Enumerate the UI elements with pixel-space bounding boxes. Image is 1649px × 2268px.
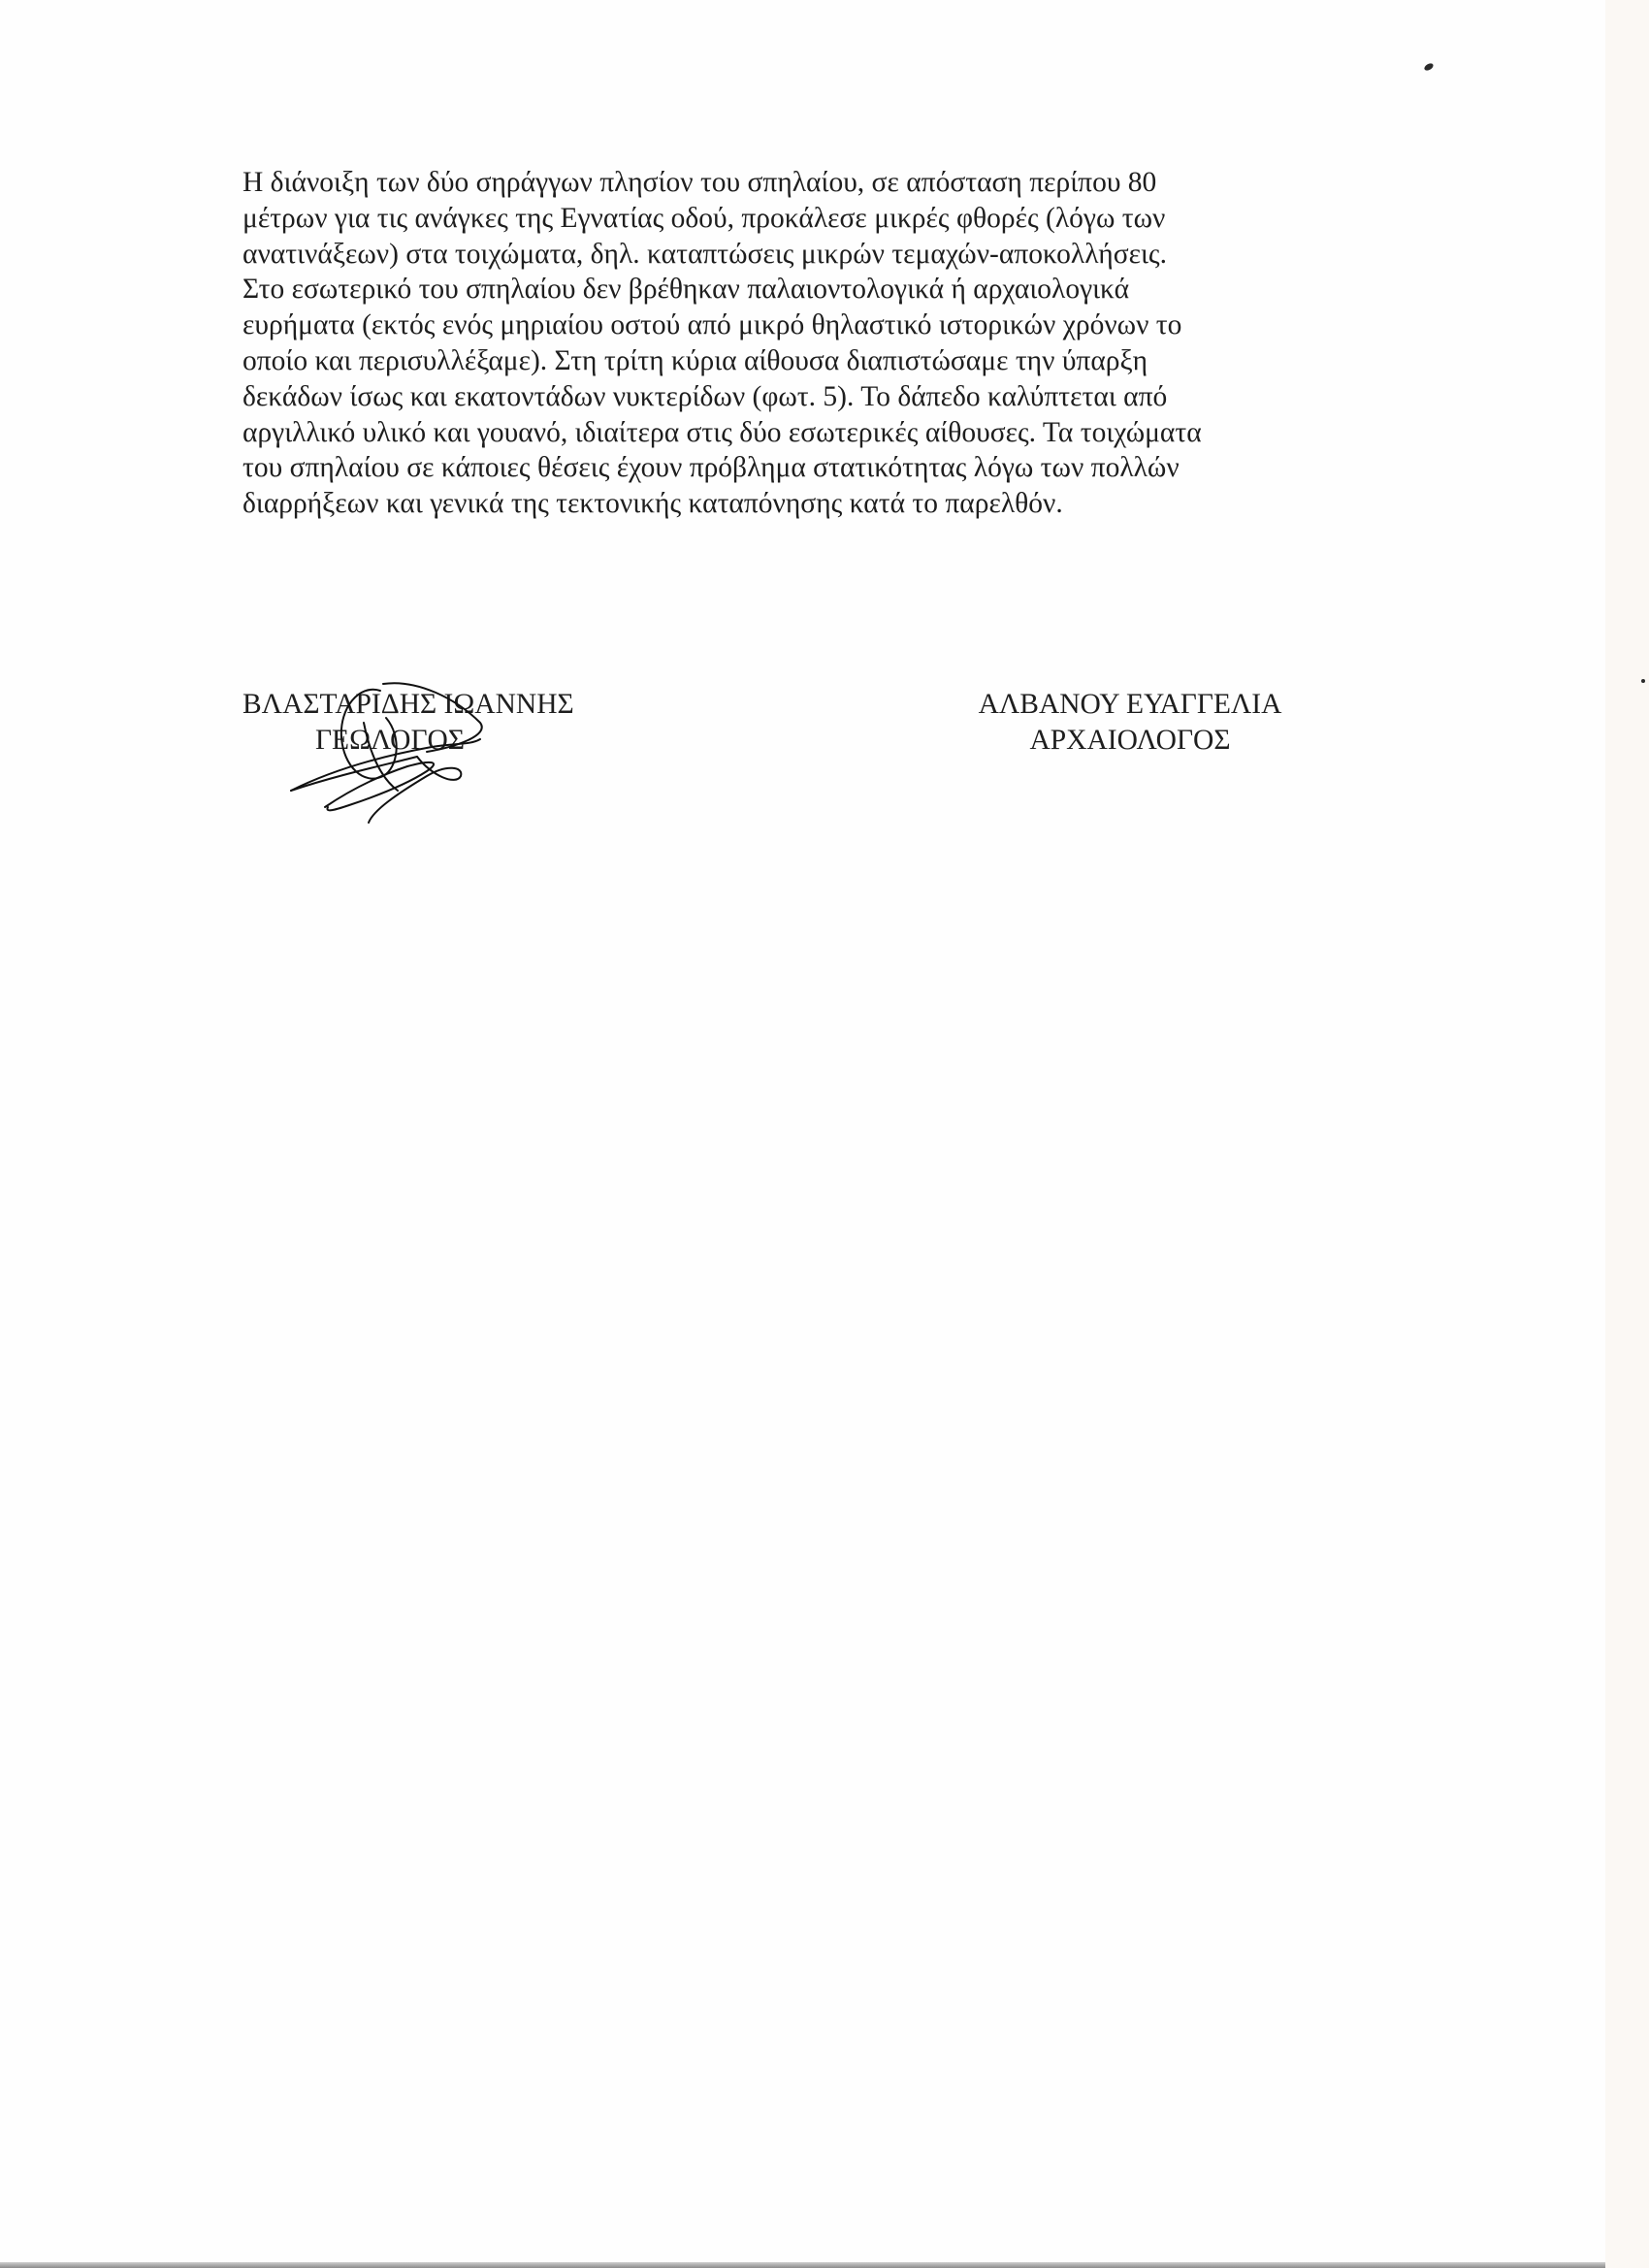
paragraph-line: αργιλλικό υλικό και γουανό, ιδιαίτερα στ…: [242, 415, 1202, 451]
scan-edge-strip: [1605, 0, 1649, 2268]
scan-bottom-edge: [0, 2262, 1605, 2268]
signatory-role: ΑΡΧΑΙΟΛΟΓΟΣ: [955, 723, 1305, 759]
signatory-archaeologist: ΑΛΒΑΝΟΥ ΕΥΑΓΓΕΛΙΑ ΑΡΧΑΙΟΛΟΓΟΣ: [955, 687, 1305, 759]
ink-speck: [1641, 679, 1645, 683]
signatory-role: ΓΕΩΛΟΓΟΣ: [242, 723, 574, 759]
paragraph-line: Στο εσωτερικό του σπηλαίου δεν βρέθηκαν …: [242, 272, 1202, 308]
paragraph-line: του σπηλαίου σε κάποιες θέσεις έχουν πρό…: [242, 450, 1202, 486]
signatory-name: ΒΛΑΣΤΑΡΙΔΗΣ ΙΩΑΝΝΗΣ: [242, 687, 574, 723]
paragraph-line: Η διάνοιξη των δύο σηράγγων πλησίον του …: [242, 165, 1202, 201]
paragraph-line: ανατινάξεων) στα τοιχώματα, δηλ. καταπτώ…: [242, 237, 1202, 273]
signatory-geologist: ΒΛΑΣΤΑΡΙΔΗΣ ΙΩΑΝΝΗΣ ΓΕΩΛΟΓΟΣ: [242, 687, 574, 759]
paragraph-line: μέτρων για τις ανάγκες της Εγνατίας οδού…: [242, 201, 1202, 237]
paragraph-line: ευρήματα (εκτός ενός μηριαίου οστού από …: [242, 308, 1202, 343]
paragraph-line: δεκάδων ίσως και εκατοντάδων νυκτερίδων …: [242, 379, 1202, 415]
paragraph-line: οποίο και περισυλλέξαμε). Στη τρίτη κύρι…: [242, 343, 1202, 379]
ink-speck: [1423, 62, 1435, 72]
signatory-name: ΑΛΒΑΝΟΥ ΕΥΑΓΓΕΛΙΑ: [955, 687, 1305, 723]
report-paragraph: Η διάνοιξη των δύο σηράγγων πλησίον του …: [242, 165, 1202, 522]
paragraph-line: διαρρήξεων και γενικά της τεκτονικής κατ…: [242, 486, 1202, 522]
